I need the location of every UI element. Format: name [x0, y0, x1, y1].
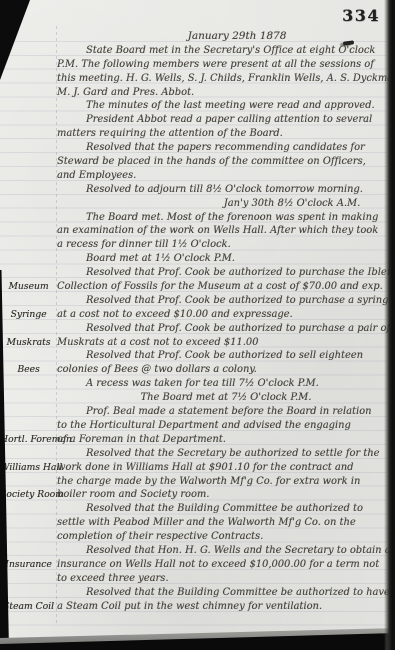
manuscript-line: the charge made by the Walworth Mf'g Co.… [0, 475, 395, 489]
line-text: Resolved that Prof. Cook be authorized t… [57, 266, 395, 280]
line-text: Muskrats at a cost not to exceed $11.00 [57, 336, 395, 350]
manuscript-line: Bees colonies of Bees @ two dollars a co… [0, 363, 395, 377]
margin-note [0, 405, 57, 419]
manuscript-line: a recess for dinner till 1½ O'clock. [0, 238, 395, 252]
margin-note [0, 572, 57, 586]
margin-note [0, 294, 57, 308]
manuscript-line: Resolved that Hon. H. G. Wells and the S… [0, 544, 395, 558]
manuscript-line: Muskrats Muskrats at a cost not to excee… [0, 336, 395, 350]
line-text: a recess for dinner till 1½ O'clock. [57, 238, 395, 252]
line-text: Jan'y 30th 8½ O'clock A.M. [57, 197, 395, 211]
line-text: to exceed three years. [57, 572, 395, 586]
margin-note [0, 586, 57, 600]
manuscript-line: Resolved that Prof. Cook be authorized t… [0, 349, 395, 363]
margin-note: Muskrats [0, 336, 57, 350]
line-text: and Employees. [57, 169, 395, 183]
line-text: January 29th 1878 [57, 30, 395, 44]
line-text: this meeting. H. G. Wells, S. J. Childs,… [57, 72, 395, 86]
margin-note [0, 58, 57, 72]
manuscript-line: Resolved that Prof. Cook be authorized t… [0, 266, 395, 280]
manuscript-line: Resolved that Prof. Cook be authorized t… [0, 322, 395, 336]
manuscript-line: Society Room boiler room and Society roo… [0, 488, 395, 502]
line-text: The Board met at 7½ O'clock P.M. [57, 391, 395, 405]
manuscript-line: settle with Peabod Miller and the Walwor… [0, 516, 395, 530]
manuscript-line: Resolved that Prof. Cook be authorized t… [0, 294, 395, 308]
margin-note [0, 113, 57, 127]
manuscript-line: A recess was taken for tea till 7½ O'clo… [0, 377, 395, 391]
manuscript-line: Jan'y 30th 8½ O'clock A.M. [0, 197, 395, 211]
line-text: colonies of Bees @ two dollars a colony. [57, 363, 395, 377]
manuscript-line: P.M. The following members were present … [0, 58, 395, 72]
line-text: insurance on Wells Hall not to exceed $1… [57, 558, 395, 572]
margin-note: Bees [0, 363, 57, 377]
manuscript-line: Insurance insurance on Wells Hall not to… [0, 558, 395, 572]
manuscript-line: January 29th 1878 [0, 30, 395, 44]
line-text: Resolved that the papers recommending ca… [57, 141, 395, 155]
margin-note: Museum [0, 280, 57, 294]
manuscript-line: The minutes of the last meeting were rea… [0, 99, 395, 113]
line-text: Resolved that Prof. Cook be authorized t… [57, 322, 395, 336]
manuscript-line: an examination of the work on Wells Hall… [0, 224, 395, 238]
line-text: at a cost not to exceed $10.00 and expre… [57, 308, 395, 322]
line-text: Resolved that Prof. Cook be authorized t… [57, 294, 395, 308]
manuscript-line: Board met at 1½ O'clock P.M. [0, 252, 395, 266]
margin-note [0, 238, 57, 252]
margin-note [0, 252, 57, 266]
margin-note: Syringe [0, 308, 57, 322]
margin-note [0, 447, 57, 461]
line-text: Prof. Beal made a statement before the B… [57, 405, 395, 419]
manuscript-line: matters requiring the attention of the B… [0, 127, 395, 141]
margin-note [0, 419, 57, 433]
line-text: an examination of the work on Wells Hall… [57, 224, 395, 238]
margin-note [0, 169, 57, 183]
manuscript-line: The Board met at 7½ O'clock P.M. [0, 391, 395, 405]
line-text: Steward be placed in the hands of the co… [57, 155, 395, 169]
margin-note: Hortl. Foreman [0, 433, 57, 447]
scanned-page: 334 January 29th 1878 State Board met in… [0, 0, 395, 650]
margin-note [0, 224, 57, 238]
margin-note: Insurance [0, 558, 57, 572]
margin-note [0, 86, 57, 100]
line-text: a Steam Coil put in the west chimney for… [57, 600, 395, 614]
margin-note: Society Room [0, 488, 57, 502]
manuscript-line: The Board met. Most of the forenoon was … [0, 211, 395, 225]
line-text: President Abbot read a paper calling att… [57, 113, 395, 127]
line-text: M. J. Gard and Pres. Abbot. [57, 86, 395, 100]
line-text: Resolved that Hon. H. G. Wells and the S… [57, 544, 395, 558]
line-text: to the Horticultural Department and advi… [57, 419, 395, 433]
margin-note [0, 72, 57, 86]
line-text: boiler room and Society room. [57, 488, 395, 502]
line-text: Collection of Fossils for the Museum at … [57, 280, 395, 294]
line-text: of a Foreman in that Department. [57, 433, 395, 447]
manuscript-line: Museum Collection of Fossils for the Mus… [0, 280, 395, 294]
manuscript-line: Hortl. Foreman of a Foreman in that Depa… [0, 433, 395, 447]
manuscript-body: January 29th 1878 State Board met in the… [0, 30, 395, 613]
margin-note [0, 349, 57, 363]
manuscript-line: Resolved that the Building Committee be … [0, 586, 395, 600]
margin-note [0, 127, 57, 141]
line-text: completion of their respective Contracts… [57, 530, 395, 544]
manuscript-line: to exceed three years. [0, 572, 395, 586]
line-text: Board met at 1½ O'clock P.M. [57, 252, 395, 266]
manuscript-line: this meeting. H. G. Wells, S. J. Childs,… [0, 72, 395, 86]
manuscript-line: Steam Coil a Steam Coil put in the west … [0, 600, 395, 614]
margin-note [0, 502, 57, 516]
line-text: work done in Williams Hall at $901.10 fo… [57, 461, 395, 475]
manuscript-line: completion of their respective Contracts… [0, 530, 395, 544]
line-text: settle with Peabod Miller and the Walwor… [57, 516, 395, 530]
manuscript-line: Resolved that the papers recommending ca… [0, 141, 395, 155]
line-text: P.M. The following members were present … [57, 58, 395, 72]
manuscript-line: Prof. Beal made a statement before the B… [0, 405, 395, 419]
manuscript-line: Syringe at a cost not to exceed $10.00 a… [0, 308, 395, 322]
line-text: Resolved that the Building Committee be … [57, 586, 395, 600]
margin-note [0, 266, 57, 280]
line-text: Resolved that Prof. Cook be authorized t… [57, 349, 395, 363]
line-text: Resolved that the Building Committee be … [57, 502, 395, 516]
line-text: the charge made by the Walworth Mf'g Co.… [57, 475, 395, 489]
margin-note: Williams Hall [0, 461, 57, 475]
margin-note [0, 99, 57, 113]
manuscript-line: Resolved that the Secretary be authorize… [0, 447, 395, 461]
line-text: matters requiring the attention of the B… [57, 127, 395, 141]
manuscript-line: M. J. Gard and Pres. Abbot. [0, 86, 395, 100]
manuscript-line: State Board met in the Secretary's Offic… [0, 44, 395, 58]
manuscript-line: Resolved that the Building Committee be … [0, 502, 395, 516]
manuscript-line: Williams Hall work done in Williams Hall… [0, 461, 395, 475]
line-text: Resolved that the Secretary be authorize… [57, 447, 395, 461]
manuscript-line: and Employees. [0, 169, 395, 183]
line-text: A recess was taken for tea till 7½ O'clo… [57, 377, 395, 391]
line-text: The minutes of the last meeting were rea… [57, 99, 395, 113]
margin-note: Steam Coil [0, 600, 57, 614]
margin-note [0, 183, 57, 197]
line-text: State Board met in the Secretary's Offic… [57, 44, 395, 58]
margin-note [0, 322, 57, 336]
manuscript-line: President Abbot read a paper calling att… [0, 113, 395, 127]
margin-note [0, 141, 57, 155]
book-edge [384, 0, 395, 650]
line-text: Resolved to adjourn till 8½ O'clock tomo… [57, 183, 395, 197]
margin-note [0, 475, 57, 489]
margin-note [0, 391, 57, 405]
manuscript-line: Resolved to adjourn till 8½ O'clock tomo… [0, 183, 395, 197]
margin-note [0, 197, 57, 211]
manuscript-line: to the Horticultural Department and advi… [0, 419, 395, 433]
margin-note [0, 211, 57, 225]
manuscript-line: Steward be placed in the hands of the co… [0, 155, 395, 169]
line-text: The Board met. Most of the forenoon was … [57, 211, 395, 225]
margin-note [0, 530, 57, 544]
margin-note [0, 155, 57, 169]
margin-note [0, 377, 57, 391]
page-number: 334 [342, 6, 380, 25]
margin-note [0, 516, 57, 530]
margin-note [0, 544, 57, 558]
